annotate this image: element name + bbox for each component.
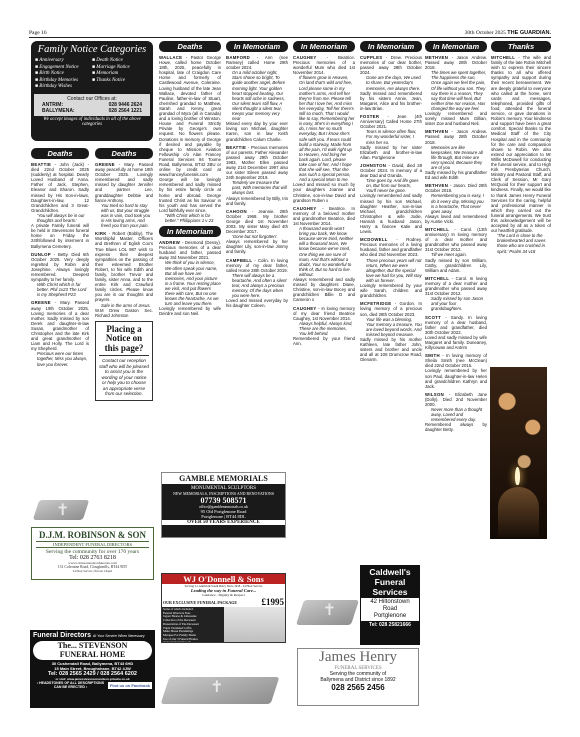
candle-photo (490, 367, 547, 539)
memoriam-column-5: In Memoriam CAUGHEY - Beatrice. Precious… (293, 41, 355, 349)
paper-name: THE GUARDIAN. (507, 30, 551, 36)
notice: MITCHELL - The wife and family of the la… (491, 55, 551, 254)
notice: CAHOON - Jeannie. 28th October 1968. My … (226, 209, 288, 255)
section-header: In Memoriam (226, 41, 288, 52)
notice: JOHNSTON - David, died 28 October 2024. … (360, 163, 422, 234)
contact-offices: Contact our Offices at: ANTRIM:028 9446 … (34, 94, 150, 116)
placing-notice-box: Placing a Notice on this page?Contact ou… (95, 321, 153, 401)
notice: METHVEN - Jason Andrew. Passed away 28th… (425, 129, 487, 180)
notice: BAMFORD - Ann (nee Ramsey) called Home 2… (226, 55, 288, 142)
funeral-home-photo (224, 607, 285, 643)
notice: CAUGHEY - In loving memory of my dear fr… (293, 306, 355, 347)
bible-icon (161, 677, 280, 704)
family-notice-categories: Family Notice Categories Anniversary Dea… (31, 41, 153, 141)
gamble-memorials-ad: GAMBLE MEMORIALS MONUMENTAL SCULPTORS NE… (161, 472, 286, 538)
notice: METHVEN - Jason. Died 28th October 2018.… (425, 183, 487, 224)
deaths-column-2: Deaths GREENE - Mary. Passed away peacef… (95, 148, 153, 401)
notice: CAMPBELL - Colin. In loving memory of my… (226, 258, 288, 309)
issue-date: 30th October 2025 (465, 30, 506, 36)
notice: ANDREW - Desmond (Dessy). Precious memor… (159, 240, 221, 316)
notice: SMITH - In loving memory of Sheila Smith… (425, 353, 487, 389)
memoriam-column-6: In Memoriam CUPPLES - Drew. Precious mem… (360, 41, 422, 365)
section-header: In Memoriam (159, 226, 221, 237)
bible-icon (33, 500, 89, 520)
notice: MCFETRIDGE - Gordon. In loving memory of… (360, 301, 422, 362)
section-header: In Memoriam (425, 41, 487, 52)
notice: WILSON - Elizabeth Jane (Dolly). Died 2n… (425, 392, 487, 433)
bible-icon (296, 600, 359, 625)
images-note: We accept images of individuals in all o… (35, 117, 149, 128)
flame-icon (515, 467, 520, 485)
memoriam-column-7: In Memoriam METHVEN - Jason Andrew. Pass… (425, 41, 487, 436)
stevenson-ad: Funeral Directors At Your Service When N… (30, 630, 155, 708)
notice: MITCHELL - Carol. In loving memory of a … (425, 276, 487, 312)
notice: MITCHELL - Carol. (13th anniversary) In … (425, 227, 487, 273)
office-name: BALLYMENA: (42, 108, 75, 114)
notice: SCOTT - Sandy. In loving memory of a dea… (425, 315, 487, 351)
memoriam-column-4: In Memoriam BAMFORD - Ann (nee Ramsey) c… (226, 41, 288, 312)
section-header: Deaths (31, 148, 89, 159)
section-header: Thanks (491, 41, 551, 52)
notice: GREENE - Mary. Passed away 19th October … (31, 300, 89, 366)
deaths-column-3: Deaths WALLACE - Pastor George Howe, cal… (159, 41, 221, 320)
caldwell-ad: Caldwell'sFuneralServices 42 Hiltonstown… (360, 565, 420, 645)
deaths-column-1: Deaths BEATTIE - John (Jack) - died 22nd… (31, 148, 89, 370)
category-list: Anniversary Death Notice Engagement Noti… (35, 58, 149, 91)
section-header: In Memoriam (360, 41, 422, 52)
category-item: Thanks Notice (92, 78, 149, 85)
page-number: Page 16 (29, 30, 47, 36)
category-item: Birthday Wishes (35, 84, 92, 91)
notice: CUPPLES - Drew. Precious memories of our… (360, 55, 422, 111)
notice: FOSTER - Jean (4th Anniversary) Called H… (360, 114, 422, 160)
robinson-ad: D.J.M. ROBINSON & SON INDEPENDENT FUNERA… (31, 527, 154, 580)
notice: WALLACE - Pastor George Howe, called hom… (159, 55, 221, 223)
notice: DUNLOP - Betty. Died 6th October 2025. V… (31, 252, 89, 298)
package-price: £1995 (262, 597, 285, 607)
notice: BEATTIE - Precious memories of our paren… (226, 145, 288, 206)
notice: BEATTIE - John (Jack) - died 22nd Octobe… (31, 162, 89, 249)
categories-title: Family Notice Categories (35, 44, 149, 55)
page-header: Page 16 30th October 2025 THE GUARDIAN. (29, 30, 551, 38)
notice: KIRK - Robert (Bobby). The Worshipful Ma… (95, 231, 153, 318)
odonnell-ad: WJ O'Donnell & Sons Serving Co Antrim & … (161, 573, 286, 643)
notice: MCDOWELL - Rodney. Precious memories of … (360, 237, 422, 298)
section-header: Deaths (95, 148, 153, 159)
notice: CAUGHEY - Beatrice. Precious memories of… (293, 55, 355, 203)
thanks-column-8: Thanks MITCHELL - The wife and family of… (491, 41, 551, 257)
facebook-icon: Find us on Facebook (108, 682, 152, 689)
section-header: Deaths (159, 41, 221, 52)
james-henry-ad: James Henry FUNERAL SERVICES Serving the… (297, 648, 419, 706)
section-header: In Memoriam (293, 41, 355, 52)
notice: GREENE - Mary. Passed away peacefully at… (95, 162, 153, 228)
office-phone: 028 2564 1221 (109, 108, 142, 114)
notice: CAUGHEY - Beatrice. In memory of a belov… (293, 206, 355, 303)
notice: METHVEN - Jason Andrew. Passed away 28th… (425, 55, 487, 126)
